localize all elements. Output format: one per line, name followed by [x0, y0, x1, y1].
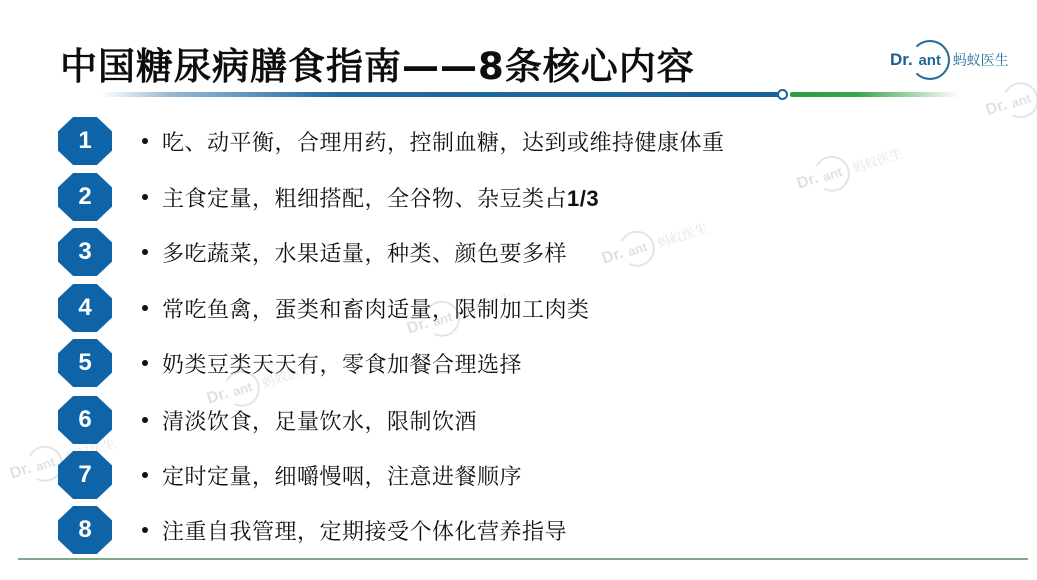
- guideline-item: 3 多吃蔬菜，水果适量，种类、颜色要多样: [58, 227, 567, 277]
- number-octagon-badge: 3: [58, 228, 112, 276]
- guideline-item: 2 主食定量，粗细搭配，全谷物、杂豆类占1/3: [58, 172, 599, 222]
- guideline-item: 1 吃、动平衡，合理用药，控制血糖，达到或维持健康体重: [58, 116, 725, 166]
- guideline-text: 清淡饮食，足量饮水，限制饮酒: [162, 405, 477, 436]
- bullet-icon: [142, 417, 148, 423]
- bullet-icon: [142, 138, 148, 144]
- bullet-icon: [142, 305, 148, 311]
- guideline-text: 多吃蔬菜，水果适量，种类、颜色要多样: [162, 237, 567, 268]
- guideline-item: 5 奶类豆类天天有，零食加餐合理选择: [58, 338, 522, 388]
- footer-divider-line: [18, 558, 1028, 560]
- guideline-text: 注重自我管理，定期接受个体化营养指导: [162, 515, 567, 546]
- bullet-icon: [142, 194, 148, 200]
- guideline-item: 7 定时定量，细嚼慢咽，注意进餐顺序: [58, 450, 522, 500]
- guideline-item: 4 常吃鱼禽，蛋类和畜肉适量，限制加工肉类: [58, 283, 590, 333]
- guideline-item: 6 清淡饮食，足量饮水，限制饮酒: [58, 395, 477, 445]
- number-octagon-badge: 6: [58, 396, 112, 444]
- number-octagon-badge: 4: [58, 284, 112, 332]
- number-octagon-badge: 1: [58, 117, 112, 165]
- guideline-text: 常吃鱼禽，蛋类和畜肉适量，限制加工肉类: [162, 293, 590, 324]
- guideline-text-main: 主食定量，粗细搭配，全谷物、杂豆类占: [162, 187, 567, 212]
- guideline-item: 8 注重自我管理，定期接受个体化营养指导: [58, 505, 567, 555]
- bullet-icon: [142, 527, 148, 533]
- guideline-text: 奶类豆类天天有，零食加餐合理选择: [162, 348, 522, 379]
- bullet-icon: [142, 472, 148, 478]
- guideline-text-fraction: 1/3: [567, 186, 599, 211]
- bullet-icon: [142, 249, 148, 255]
- number-octagon-badge: 7: [58, 451, 112, 499]
- bullet-icon: [142, 360, 148, 366]
- guideline-text: 吃、动平衡，合理用药，控制血糖，达到或维持健康体重: [162, 126, 725, 157]
- number-octagon-badge: 2: [58, 173, 112, 221]
- guideline-text: 主食定量，粗细搭配，全谷物、杂豆类占1/3: [162, 182, 599, 213]
- number-octagon-badge: 5: [58, 339, 112, 387]
- number-octagon-badge: 8: [58, 506, 112, 554]
- guideline-text: 定时定量，细嚼慢咽，注意进餐顺序: [162, 460, 522, 491]
- guideline-list: 1 吃、动平衡，合理用药，控制血糖，达到或维持健康体重 2 主食定量，粗细搭配，…: [0, 0, 1037, 580]
